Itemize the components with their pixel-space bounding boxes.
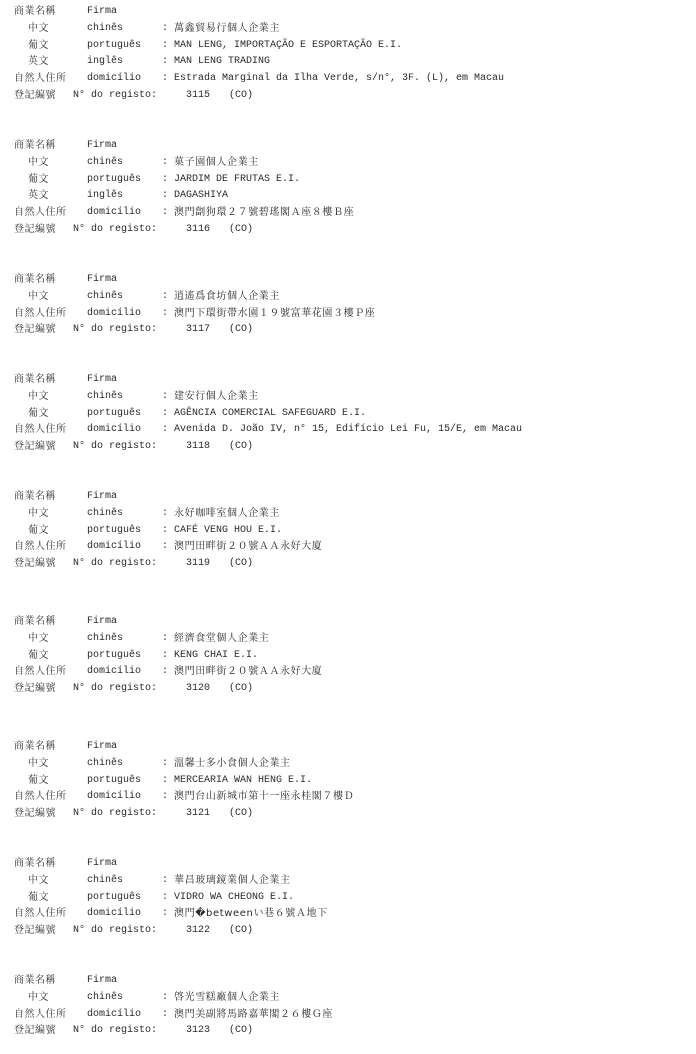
chines-name-value: 經濟食堂個人企業主 — [174, 631, 269, 648]
registo-number: 3119 — [186, 556, 210, 573]
portugues-row: 葡文 português : KENG CHAI E.I. — [0, 648, 696, 665]
registo-row: 登記編號 N° do registo: 3116 (CO) — [0, 222, 696, 239]
registo-label-pt: N° do registo: — [73, 806, 157, 823]
chines-label-cjk: 中文 — [28, 289, 49, 306]
firma-label-cjk: 商業名稱 — [14, 138, 56, 155]
registo-label-pt: N° do registo: — [73, 923, 157, 940]
chines-row: 中文 chinês : 永好咖啡室個人企業主 — [0, 506, 696, 523]
chines-label-cjk: 中文 — [28, 631, 49, 648]
portugues-name-value: MAN LENG, IMPORTAÇÃO E ESPORTAÇÃO E.I. — [174, 38, 402, 55]
colon: : — [162, 873, 168, 890]
registo-label-cjk: 登記編號 — [14, 222, 56, 239]
firma-label-cjk: 商業名稱 — [14, 856, 56, 873]
domicilio-row: 自然人住所 domicílio : 澳門下環街帶水園１９號富華花園３樓Ｐ座 — [0, 306, 696, 323]
domicilio-row: 自然人住所 domicílio : 澳門�betweenい巷６號Ａ地下 — [0, 906, 696, 923]
firma-header-row: 商業名稱 Firma — [0, 856, 696, 873]
firma-label-pt: Firma — [87, 614, 117, 631]
colon: : — [162, 188, 168, 205]
chines-name-value: 逍遙爲食坊個人企業主 — [174, 289, 280, 306]
registry-entry-3119: 商業名稱 Firma 中文 chinês : 永好咖啡室個人企業主 葡文 por… — [0, 489, 696, 573]
domicilio-label-cjk: 自然人住所 — [14, 1007, 67, 1024]
chines-row: 中文 chinês : 啓光雪糕廠個人企業主 — [0, 990, 696, 1007]
portugues-name-value: CAFÉ VENG HOU E.I. — [174, 523, 282, 540]
domicilio-row: 自然人住所 domicílio : 澳門田畔街２０號ＡＡ永好大廈 — [0, 539, 696, 556]
domicilio-value: 澳門劏狗環２７號碧瑤閣Ａ座８樓Ｂ座 — [174, 205, 354, 222]
ingles-label-pt: inglês — [87, 54, 123, 71]
domicilio-label-pt: domicílio — [87, 306, 141, 323]
chines-name-value: 華昌玻璃鏡業個人企業主 — [174, 873, 291, 890]
chines-name-value: 萬鑫貿易行個人企業主 — [174, 21, 280, 38]
chines-label-cjk: 中文 — [28, 873, 49, 890]
domicilio-label-cjk: 自然人住所 — [14, 306, 67, 323]
firma-label-pt: Firma — [87, 4, 117, 21]
firma-label-cjk: 商業名稱 — [14, 272, 56, 289]
registo-label-cjk: 登記編號 — [14, 806, 56, 823]
chines-label-pt: chinês — [87, 389, 123, 406]
registo-row: 登記編號 N° do registo: 3121 (CO) — [0, 806, 696, 823]
colon: : — [162, 906, 168, 923]
colon: : — [162, 890, 168, 907]
registo-number: 3117 — [186, 322, 210, 339]
registo-number: 3115 — [186, 88, 210, 105]
domicilio-label-cjk: 自然人住所 — [14, 789, 67, 806]
colon: : — [162, 773, 168, 790]
firma-header-row: 商業名稱 Firma — [0, 739, 696, 756]
registry-entry-3118: 商業名稱 Firma 中文 chinês : 建安行個人企業主 葡文 portu… — [0, 372, 696, 456]
domicilio-label-cjk: 自然人住所 — [14, 205, 67, 222]
domicilio-row: 自然人住所 domicílio : 澳門台山新城市第十一座永桂閣７樓Ｄ — [0, 789, 696, 806]
ingles-label-pt: inglês — [87, 188, 123, 205]
colon: : — [162, 205, 168, 222]
firma-header-row: 商業名稱 Firma — [0, 4, 696, 21]
colon: : — [162, 1007, 168, 1024]
firma-label-cjk: 商業名稱 — [14, 973, 56, 990]
chines-label-cjk: 中文 — [28, 155, 49, 172]
colon: : — [162, 990, 168, 1007]
firma-header-row: 商業名稱 Firma — [0, 372, 696, 389]
chines-row: 中文 chinês : 經濟食堂個人企業主 — [0, 631, 696, 648]
chines-label-pt: chinês — [87, 289, 123, 306]
registo-label-pt: N° do registo: — [73, 681, 157, 698]
registry-entry-3121: 商業名稱 Firma 中文 chinês : 溫馨士多小食個人企業主 葡文 po… — [0, 739, 696, 823]
colon: : — [162, 523, 168, 540]
portugues-label-cjk: 葡文 — [28, 406, 49, 423]
firma-label-pt: Firma — [87, 489, 117, 506]
portugues-name-value: MERCEARIA WAN HENG E.I. — [174, 773, 312, 790]
firma-label-pt: Firma — [87, 739, 117, 756]
portugues-label-cjk: 葡文 — [28, 523, 49, 540]
registo-label-pt: N° do registo: — [73, 222, 157, 239]
registo-suffix: (CO) — [229, 806, 253, 823]
domicilio-row: 自然人住所 domicílio : Avenida D. João IV, n°… — [0, 422, 696, 439]
chines-name-value: 永好咖啡室個人企業主 — [174, 506, 280, 523]
ingles-name-value: MAN LENG TRADING — [174, 54, 270, 71]
chines-row: 中文 chinês : 菓子園個人企業主 — [0, 155, 696, 172]
chines-label-cjk: 中文 — [28, 756, 49, 773]
colon: : — [162, 38, 168, 55]
registo-label-pt: N° do registo: — [73, 1023, 157, 1040]
registo-row: 登記編號 N° do registo: 3122 (CO) — [0, 923, 696, 940]
colon: : — [162, 406, 168, 423]
colon: : — [162, 289, 168, 306]
chines-label-pt: chinês — [87, 506, 123, 523]
domicilio-label-pt: domicílio — [87, 906, 141, 923]
registo-row: 登記編號 N° do registo: 3117 (CO) — [0, 322, 696, 339]
chines-name-value: 啓光雪糕廠個人企業主 — [174, 990, 280, 1007]
registo-label-pt: N° do registo: — [73, 322, 157, 339]
colon: : — [162, 756, 168, 773]
chines-label-pt: chinês — [87, 990, 123, 1007]
domicilio-row: 自然人住所 domicílio : Estrada Marginal da Il… — [0, 71, 696, 88]
registo-label-cjk: 登記編號 — [14, 439, 56, 456]
portugues-label-pt: português — [87, 773, 141, 790]
registo-suffix: (CO) — [229, 1023, 253, 1040]
portugues-row: 葡文 português : CAFÉ VENG HOU E.I. — [0, 523, 696, 540]
chines-row: 中文 chinês : 逍遙爲食坊個人企業主 — [0, 289, 696, 306]
registry-entry-3123: 商業名稱 Firma 中文 chinês : 啓光雪糕廠個人企業主 自然人住所 … — [0, 973, 696, 1040]
chines-label-pt: chinês — [87, 756, 123, 773]
registo-row: 登記編號 N° do registo: 3123 (CO) — [0, 1023, 696, 1040]
registo-number: 3116 — [186, 222, 210, 239]
chines-row: 中文 chinês : 萬鑫貿易行個人企業主 — [0, 21, 696, 38]
firma-label-pt: Firma — [87, 372, 117, 389]
portugues-name-value: KENG CHAI E.I. — [174, 648, 258, 665]
portugues-label-pt: português — [87, 38, 141, 55]
registo-label-pt: N° do registo: — [73, 439, 157, 456]
chines-label-cjk: 中文 — [28, 389, 49, 406]
domicilio-value: 澳門下環街帶水園１９號富華花園３樓Ｐ座 — [174, 306, 375, 323]
portugues-label-cjk: 葡文 — [28, 648, 49, 665]
domicilio-value: 澳門台山新城市第十一座永桂閣７樓Ｄ — [174, 789, 354, 806]
portugues-label-pt: português — [87, 890, 141, 907]
firma-label-pt: Firma — [87, 138, 117, 155]
registo-label-cjk: 登記編號 — [14, 88, 56, 105]
registo-suffix: (CO) — [229, 222, 253, 239]
domicilio-value: Estrada Marginal da Ilha Verde, s/n°, 3F… — [174, 71, 504, 88]
chines-label-pt: chinês — [87, 873, 123, 890]
firma-label-cjk: 商業名稱 — [14, 489, 56, 506]
portugues-row: 葡文 português : MERCEARIA WAN HENG E.I. — [0, 773, 696, 790]
domicilio-label-pt: domicílio — [87, 789, 141, 806]
portugues-label-pt: português — [87, 406, 141, 423]
firma-label-pt: Firma — [87, 973, 117, 990]
domicilio-label-pt: domicílio — [87, 664, 141, 681]
registo-row: 登記編號 N° do registo: 3119 (CO) — [0, 556, 696, 573]
ingles-label-cjk: 英文 — [28, 54, 49, 71]
registo-label-cjk: 登記編號 — [14, 322, 56, 339]
portugues-row: 葡文 português : AGÊNCIA COMERCIAL SAFEGUA… — [0, 406, 696, 423]
registry-entry-3117: 商業名稱 Firma 中文 chinês : 逍遙爲食坊個人企業主 自然人住所 … — [0, 272, 696, 339]
portugues-name-value: JARDIM DE FRUTAS E.I. — [174, 172, 300, 189]
ingles-row: 英文 inglês : MAN LENG TRADING — [0, 54, 696, 71]
registo-row: 登記編號 N° do registo: 3118 (CO) — [0, 439, 696, 456]
firma-label-pt: Firma — [87, 856, 117, 873]
portugues-label-cjk: 葡文 — [28, 38, 49, 55]
domicilio-label-cjk: 自然人住所 — [14, 71, 67, 88]
registo-row: 登記編號 N° do registo: 3115 (CO) — [0, 88, 696, 105]
chines-row: 中文 chinês : 溫馨士多小食個人企業主 — [0, 756, 696, 773]
colon: : — [162, 539, 168, 556]
firma-label-pt: Firma — [87, 272, 117, 289]
firma-header-row: 商業名稱 Firma — [0, 973, 696, 990]
domicilio-row: 自然人住所 domicílio : 澳門劏狗環２７號碧瑤閣Ａ座８樓Ｂ座 — [0, 205, 696, 222]
domicilio-label-pt: domicílio — [87, 71, 141, 88]
registo-suffix: (CO) — [229, 556, 253, 573]
portugues-row: 葡文 português : VIDRO WA CHEONG E.I. — [0, 890, 696, 907]
colon: : — [162, 71, 168, 88]
ingles-row: 英文 inglês : DAGASHIYA — [0, 188, 696, 205]
portugues-name-value: AGÊNCIA COMERCIAL SAFEGUARD E.I. — [174, 406, 366, 423]
registo-number: 3118 — [186, 439, 210, 456]
portugues-row: 葡文 português : JARDIM DE FRUTAS E.I. — [0, 172, 696, 189]
portugues-label-pt: português — [87, 172, 141, 189]
firma-label-cjk: 商業名稱 — [14, 372, 56, 389]
domicilio-row: 自然人住所 domicílio : 澳門田畔街２０號ＡＡ永好大廈 — [0, 664, 696, 681]
chines-label-cjk: 中文 — [28, 506, 49, 523]
colon: : — [162, 389, 168, 406]
chines-row: 中文 chinês : 建安行個人企業主 — [0, 389, 696, 406]
chines-name-value: 建安行個人企業主 — [174, 389, 259, 406]
portugues-name-value: VIDRO WA CHEONG E.I. — [174, 890, 294, 907]
domicilio-value: 澳門�betweenい巷６號Ａ地下 — [174, 906, 328, 923]
registo-label-pt: N° do registo: — [73, 556, 157, 573]
firma-header-row: 商業名稱 Firma — [0, 614, 696, 631]
colon: : — [162, 506, 168, 523]
domicilio-label-cjk: 自然人住所 — [14, 422, 67, 439]
registo-number: 3120 — [186, 681, 210, 698]
portugues-row: 葡文 português : MAN LENG, IMPORTAÇÃO E ES… — [0, 38, 696, 55]
colon: : — [162, 631, 168, 648]
domicilio-label-cjk: 自然人住所 — [14, 664, 67, 681]
portugues-label-cjk: 葡文 — [28, 890, 49, 907]
colon: : — [162, 54, 168, 71]
colon: : — [162, 422, 168, 439]
registo-suffix: (CO) — [229, 923, 253, 940]
registry-entry-3122: 商業名稱 Firma 中文 chinês : 華昌玻璃鏡業個人企業主 葡文 po… — [0, 856, 696, 940]
domicilio-label-pt: domicílio — [87, 205, 141, 222]
chines-row: 中文 chinês : 華昌玻璃鏡業個人企業主 — [0, 873, 696, 890]
registry-entry-3115: 商業名稱 Firma 中文 chinês : 萬鑫貿易行個人企業主 葡文 por… — [0, 4, 696, 105]
chines-label-pt: chinês — [87, 21, 123, 38]
domicilio-label-pt: domicílio — [87, 1007, 141, 1024]
registo-suffix: (CO) — [229, 439, 253, 456]
registo-label-cjk: 登記編號 — [14, 923, 56, 940]
chines-label-pt: chinês — [87, 155, 123, 172]
firma-label-cjk: 商業名稱 — [14, 739, 56, 756]
chines-name-value: 菓子園個人企業主 — [174, 155, 259, 172]
registo-suffix: (CO) — [229, 681, 253, 698]
colon: : — [162, 789, 168, 806]
domicilio-label-pt: domicílio — [87, 422, 141, 439]
domicilio-value: 澳門美副將馬路嘉華閣２６樓Ｇ座 — [174, 1007, 333, 1024]
domicilio-label-cjk: 自然人住所 — [14, 906, 67, 923]
colon: : — [162, 664, 168, 681]
registo-label-pt: N° do registo: — [73, 88, 157, 105]
registo-row: 登記編號 N° do registo: 3120 (CO) — [0, 681, 696, 698]
registry-entry-3116: 商業名稱 Firma 中文 chinês : 菓子園個人企業主 葡文 portu… — [0, 138, 696, 239]
chines-name-value: 溫馨士多小食個人企業主 — [174, 756, 291, 773]
domicilio-label-pt: domicílio — [87, 539, 141, 556]
ingles-label-cjk: 英文 — [28, 188, 49, 205]
colon: : — [162, 306, 168, 323]
firma-header-row: 商業名稱 Firma — [0, 489, 696, 506]
registry-entry-3120: 商業名稱 Firma 中文 chinês : 經濟食堂個人企業主 葡文 port… — [0, 614, 696, 698]
firma-header-row: 商業名稱 Firma — [0, 272, 696, 289]
colon: : — [162, 155, 168, 172]
domicilio-value: 澳門田畔街２０號ＡＡ永好大廈 — [174, 664, 322, 681]
portugues-label-pt: português — [87, 523, 141, 540]
firma-header-row: 商業名稱 Firma — [0, 138, 696, 155]
portugues-label-pt: português — [87, 648, 141, 665]
chines-label-cjk: 中文 — [28, 990, 49, 1007]
chines-label-pt: chinês — [87, 631, 123, 648]
registo-number: 3121 — [186, 806, 210, 823]
registo-label-cjk: 登記編號 — [14, 556, 56, 573]
portugues-label-cjk: 葡文 — [28, 773, 49, 790]
firma-label-cjk: 商業名稱 — [14, 4, 56, 21]
firma-label-cjk: 商業名稱 — [14, 614, 56, 631]
registo-suffix: (CO) — [229, 88, 253, 105]
registo-number: 3122 — [186, 923, 210, 940]
chines-label-cjk: 中文 — [28, 21, 49, 38]
domicilio-label-cjk: 自然人住所 — [14, 539, 67, 556]
colon: : — [162, 648, 168, 665]
domicilio-value: Avenida D. João IV, n° 15, Edifício Lei … — [174, 422, 522, 439]
domicilio-value: 澳門田畔街２０號ＡＡ永好大廈 — [174, 539, 322, 556]
domicilio-row: 自然人住所 domicílio : 澳門美副將馬路嘉華閣２６樓Ｇ座 — [0, 1007, 696, 1024]
colon: : — [162, 172, 168, 189]
portugues-label-cjk: 葡文 — [28, 172, 49, 189]
registo-label-cjk: 登記編號 — [14, 1023, 56, 1040]
registo-label-cjk: 登記編號 — [14, 681, 56, 698]
colon: : — [162, 21, 168, 38]
registo-suffix: (CO) — [229, 322, 253, 339]
ingles-name-value: DAGASHIYA — [174, 188, 228, 205]
registo-number: 3123 — [186, 1023, 210, 1040]
